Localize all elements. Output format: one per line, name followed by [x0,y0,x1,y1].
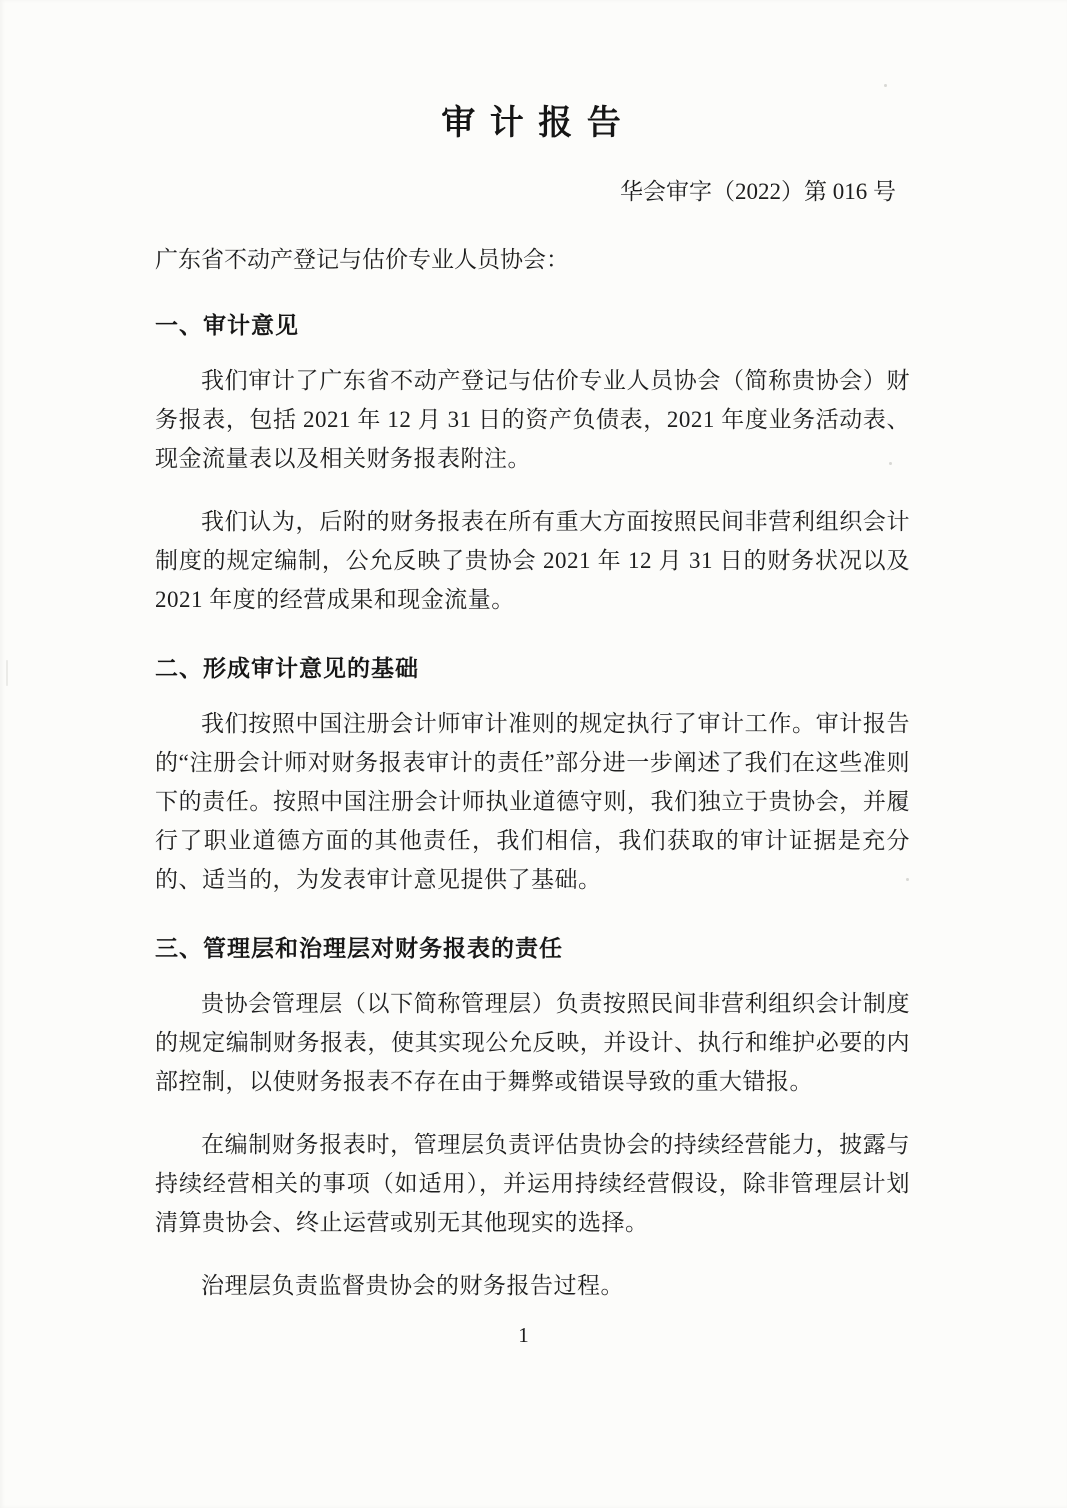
paragraph-audit-opinion-2: 我们认为，后附的财务报表在所有重大方面按照民间非营利组织会计制度的规定编制，公允… [155,502,910,619]
page-number: 1 [0,1320,1047,1350]
paragraph-basis-for-opinion-1: 我们按照中国注册会计师审计准则的规定执行了审计工作。审计报告的“注册会计师对财务… [155,704,910,899]
section-heading-management-responsibility: 三、管理层和治理层对财务报表的责任 [155,929,910,968]
paragraph-audit-opinion-1: 我们审计了广东省不动产登记与估价专业人员协会（简称贵协会）财务报表，包括 202… [155,361,910,478]
scan-edge-artifact [6,660,8,686]
document-title: 审 计 报 告 [155,0,910,148]
scan-speck [889,462,892,465]
scan-speck [906,878,909,881]
section-heading-audit-opinion: 一、审计意见 [155,306,910,345]
section-heading-basis-for-opinion: 二、形成审计意见的基础 [155,649,910,688]
scan-speck [884,84,887,87]
audit-report-page: 审 计 报 告 华会审字（2022）第 016 号 广东省不动产登记与估价专业人… [0,0,1067,1508]
paragraph-management-responsibility-1: 贵协会管理层（以下简称管理层）负责按照民间非营利组织会计制度的规定编制财务报表，… [155,984,910,1101]
reference-number: 华会审字（2022）第 016 号 [155,176,910,208]
document-content: 审 计 报 告 华会审字（2022）第 016 号 广东省不动产登记与估价专业人… [0,0,1067,1305]
addressee: 广东省不动产登记与估价专业人员协会： [155,244,910,276]
paragraph-management-responsibility-2: 在编制财务报表时，管理层负责评估贵协会的持续经营能力，披露与持续经营相关的事项（… [155,1125,910,1242]
paragraph-management-responsibility-3: 治理层负责监督贵协会的财务报告过程。 [155,1266,910,1305]
